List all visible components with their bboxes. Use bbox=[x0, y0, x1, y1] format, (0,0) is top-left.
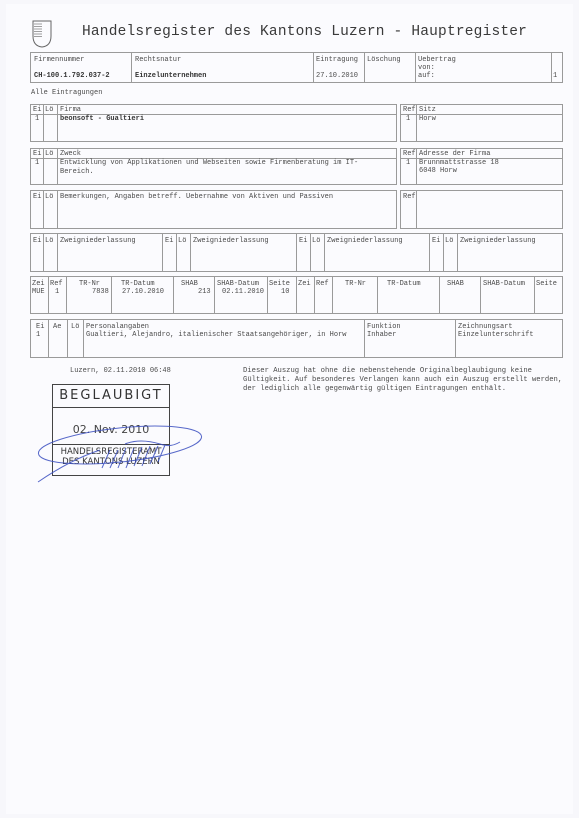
rechtsnatur-value: Einzelunternehmen bbox=[135, 72, 206, 81]
person-funktion: Inhaber bbox=[367, 331, 396, 340]
adresse-table: Ref Adresse der Firma 1 Brunnmattstrasse… bbox=[400, 148, 563, 185]
person-details: Gualtieri, Alejandro, italienischer Staa… bbox=[86, 331, 361, 340]
section-label: Alle Eintragungen bbox=[31, 89, 102, 97]
seite-value: 10 bbox=[281, 288, 289, 297]
adresse-city: 6048 Horw bbox=[419, 167, 457, 176]
ref-header: Ref bbox=[403, 193, 416, 202]
summary-table: Firmennummer CH-100.1.792.037-2 Rechtsna… bbox=[30, 52, 563, 83]
ref-value: 1 bbox=[55, 288, 59, 297]
shab-datum-value: 02.11.2010 bbox=[222, 288, 264, 297]
sitz-header: Sitz bbox=[419, 106, 436, 115]
person-zeichnungsart: Einzelunterschrift bbox=[458, 331, 534, 340]
tr-datum-value: 27.10.2010 bbox=[122, 288, 164, 297]
zweck-table: Ei Lö Zweck 1 Entwicklung von Applikatio… bbox=[30, 148, 397, 185]
auf-label: auf: bbox=[418, 72, 435, 81]
firma-ei: 1 bbox=[35, 115, 39, 124]
ei-header: Ei bbox=[432, 237, 440, 246]
shab-header: SHAB bbox=[181, 280, 198, 289]
ref-header: Ref bbox=[403, 150, 416, 159]
rechtsnatur-label: Rechtsnatur bbox=[135, 56, 181, 65]
zweigniederlassung-header: Zweigniederlassung bbox=[327, 237, 403, 246]
zweigniederlassung-header: Zweigniederlassung bbox=[193, 237, 269, 246]
ei-header: Ei bbox=[299, 237, 307, 246]
lo-header: Lö bbox=[445, 237, 453, 246]
bemerkungen-table: Ei Lö Bemerkungen, Angaben betreff. Uebe… bbox=[30, 190, 397, 229]
lo-header: Lö bbox=[312, 237, 320, 246]
zweigniederlassung-header: Zweigniederlassung bbox=[60, 237, 136, 246]
lo-header: Lö bbox=[45, 237, 53, 246]
sitz-table: Ref Sitz 1 Horw bbox=[400, 104, 563, 142]
zweck-ei: 1 bbox=[35, 159, 39, 168]
publikation-table: Zei Ref TR-Nr TR-Datum SHAB SHAB-Datum S… bbox=[30, 276, 563, 314]
coat-of-arms-icon bbox=[32, 20, 52, 48]
ref-header: Ref bbox=[316, 280, 329, 289]
signature-icon bbox=[30, 420, 205, 490]
zweigniederlassung-header: Zweigniederlassung bbox=[460, 237, 536, 246]
lo-header: Lö bbox=[45, 150, 53, 159]
bemerkungen-header: Bemerkungen, Angaben betreff. Uebernahme… bbox=[60, 193, 333, 202]
ei-header: Ei bbox=[33, 106, 41, 115]
lo-header: Lö bbox=[45, 106, 53, 115]
ei-header: Ei bbox=[33, 237, 41, 246]
page-number: 1 bbox=[553, 72, 557, 81]
person-ei: 1 bbox=[36, 331, 40, 340]
ei-header: Ei bbox=[33, 193, 41, 202]
zei-value: MUE bbox=[32, 288, 45, 297]
lo-header: Lö bbox=[178, 237, 186, 246]
zei-header: Zei bbox=[298, 280, 311, 289]
ref-header: Ref bbox=[403, 106, 416, 115]
tr-nr-header: TR-Nr bbox=[345, 280, 366, 289]
ei-header: Ei bbox=[165, 237, 173, 246]
personen-table: Ei Ae Lö Personalangaben Funktion Zeichn… bbox=[30, 319, 563, 358]
loeschung-label: Löschung bbox=[367, 56, 401, 65]
eintragung-value: 27.10.2010 bbox=[316, 72, 358, 81]
firma-name: beonsoft - Gualtieri bbox=[60, 115, 144, 124]
tr-nr-value: 7838 bbox=[92, 288, 109, 297]
shab-value: 213 bbox=[198, 288, 211, 297]
firmennummer-label: Firmennummer bbox=[34, 56, 84, 65]
bemerkungen-ref-table: Ref bbox=[400, 190, 563, 229]
firma-header: Firma bbox=[60, 106, 81, 115]
zweck-text: Entwicklung von Applikationen und Websei… bbox=[60, 159, 390, 176]
seite-header: Seite bbox=[536, 280, 557, 289]
firmennummer-value: CH-100.1.792.037-2 bbox=[34, 72, 110, 81]
zweck-header: Zweck bbox=[60, 150, 81, 159]
sitz-value: Horw bbox=[419, 115, 436, 124]
zweigniederlassung-table: Ei Lö Zweigniederlassung Ei Lö Zweignied… bbox=[30, 233, 563, 272]
tr-datum-header: TR-Datum bbox=[387, 280, 421, 289]
sitz-ref: 1 bbox=[406, 115, 410, 124]
lo-header: Lö bbox=[45, 193, 53, 202]
lo-header: Lö bbox=[71, 323, 79, 332]
shab-datum-header: SHAB-Datum bbox=[483, 280, 525, 289]
shab-header: SHAB bbox=[447, 280, 464, 289]
stamp-title: BEGLAUBIGT bbox=[53, 385, 169, 408]
adresse-ref: 1 bbox=[406, 159, 410, 168]
eintragung-label: Eintragung bbox=[316, 56, 358, 65]
adresse-header: Adresse der Firma bbox=[419, 150, 490, 159]
ei-header: Ei bbox=[33, 150, 41, 159]
document-title: Handelsregister des Kantons Luzern - Hau… bbox=[82, 24, 527, 40]
validity-note: Dieser Auszug hat ohne die nebenstehende… bbox=[243, 367, 573, 394]
firma-table: Ei Lö Firma 1 beonsoft - Gualtieri bbox=[30, 104, 397, 142]
place-date: Luzern, 02.11.2010 06:48 bbox=[70, 367, 171, 375]
ae-header: Ae bbox=[53, 323, 61, 332]
